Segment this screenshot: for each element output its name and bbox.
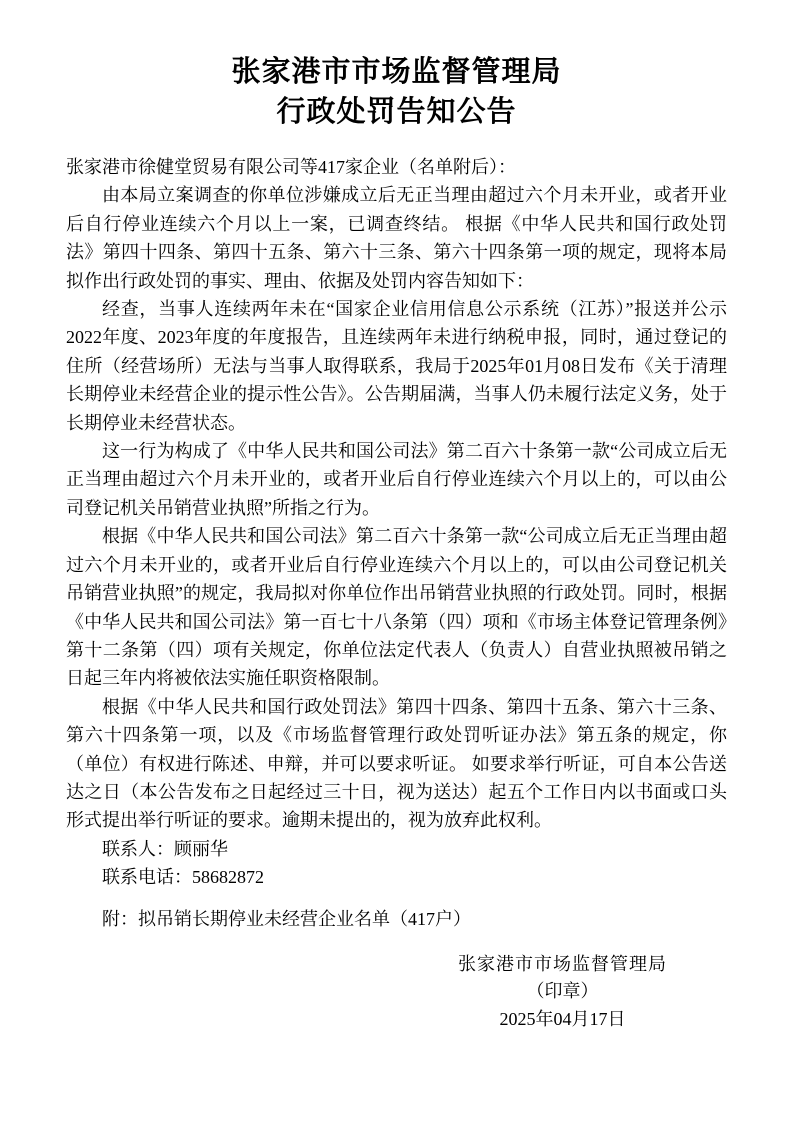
document-page: 张家港市市场监督管理局 行政处罚告知公告 张家港市徐健堂贸易有限公司等417家企… [0,0,793,1122]
document-body: 张家港市徐健堂贸易有限公司等417家企业（名单附后）： 由本局立案调查的你单位涉… [66,153,727,933]
contact-person-line: 联系人：顾丽华 [66,835,727,863]
signature-seal-note: （印章） [458,978,667,1006]
paragraph-hearing-rights: 根据《中华人民共和国行政处罚法》第四十四条、第四十五条、第六十三条、第六十四条第… [66,693,727,835]
document-title-line2: 行政处罚告知公告 [276,96,516,128]
paragraph-violation: 这一行为构成了《中华人民共和国公司法》第二百六十条第一款“公司成立后无正当理由超… [66,437,727,522]
paragraph-case-summary: 由本局立案调查的你单位涉嫌成立后无正当理由超过六个月未开业，或者开业后自行停业连… [66,181,727,295]
document-title: 张家港市市场监督管理局 行政处罚告知公告 [66,52,727,132]
contact-phone-line: 联系电话：58682872 [66,863,727,891]
signature-block: 张家港市市场监督管理局 （印章） 2025年04月17日 [458,951,667,1034]
signature-date: 2025年04月17日 [458,1006,667,1034]
salutation-line: 张家港市徐健堂贸易有限公司等417家企业（名单附后）： [66,153,727,181]
paragraph-facts: 经查，当事人连续两年未在“国家企业信用信息公示系统（江苏）”报送并公示2022年… [66,295,727,437]
signature-agency-name: 张家港市市场监督管理局 [458,951,667,979]
document-title-line1: 张家港市市场监督管理局 [231,56,561,88]
attachment-note: 附：拟吊销长期停业未经营企业名单（417户） [66,905,727,933]
paragraph-penalty-basis: 根据《中华人民共和国公司法》第二百六十条第一款“公司成立后无正当理由超过六个月未… [66,522,727,692]
